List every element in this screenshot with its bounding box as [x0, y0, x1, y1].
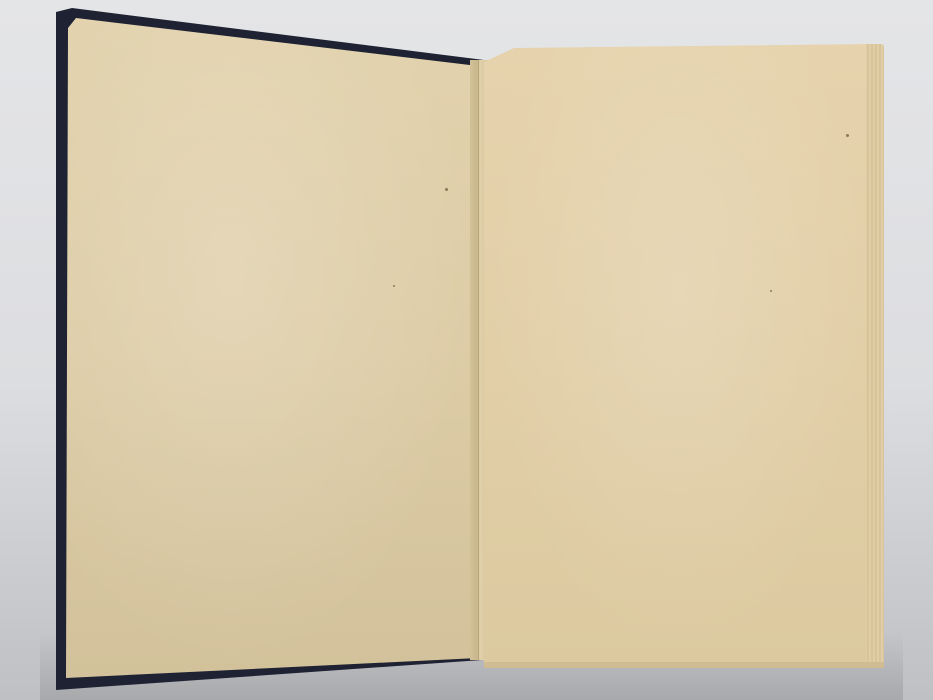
- left-endpaper-page: [66, 18, 478, 678]
- paper-speck: [445, 188, 448, 191]
- photo-scene: [0, 0, 933, 700]
- gutter-fold-line: [478, 60, 479, 660]
- paper-speck: [846, 134, 849, 137]
- paper-speck: [770, 290, 772, 292]
- page-block-bottom-edge: [484, 662, 884, 668]
- paper-speck: [393, 285, 395, 287]
- page-block-edges: [866, 44, 884, 666]
- right-blank-page: [484, 44, 874, 666]
